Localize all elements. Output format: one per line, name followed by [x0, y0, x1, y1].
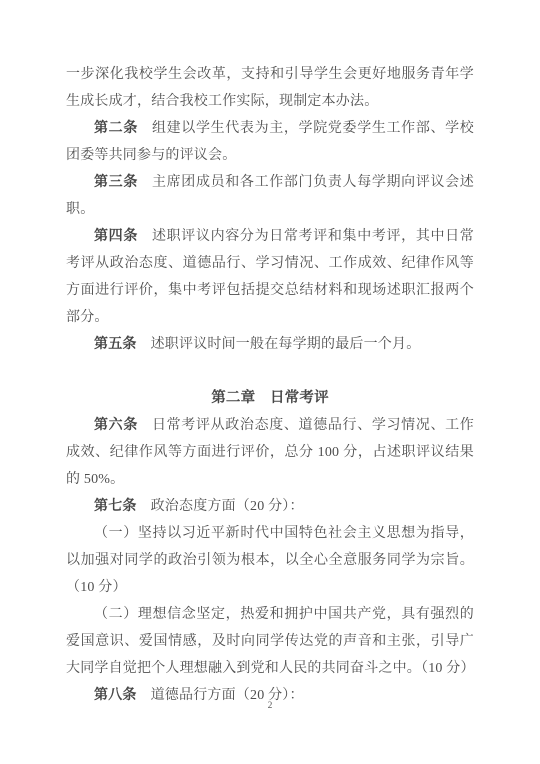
- article-number-label: 第二条: [94, 121, 138, 136]
- paragraph: （二）理想信念坚定，热爱和拥护中国共产党，具有强烈的爱国意识、爱国情感，及时向同…: [66, 601, 474, 682]
- paragraph-text: 述职评议时间一般在每学期的最后一个月。: [151, 337, 421, 352]
- paragraph: 第六条日常考评从政治态度、道德品行、学习情况、工作成效、纪律作风等方面进行评价，…: [66, 412, 474, 493]
- article-number-label: 第四条: [94, 229, 138, 244]
- article-number-label: 第五条: [94, 337, 137, 352]
- paragraph: 第七条政治态度方面（20 分）：: [66, 493, 474, 520]
- article-number-label: 第六条: [94, 418, 138, 433]
- paragraph-text: 政治态度方面（20 分）：: [151, 499, 304, 514]
- page-number: 2: [0, 701, 540, 711]
- paragraph-text: 一步深化我校学生会改革，支持和引导学生会更好地服务青年学生成长成才，结合我校工作…: [66, 67, 474, 109]
- paragraph-text: 第二章 日常考评: [211, 390, 329, 406]
- paragraph: 第二条组建以学生代表为主，学院党委学生工作部、学校团委等共同参与的评议会。: [66, 115, 474, 169]
- paragraph: 第三条主席团成员和各工作部门负责人每学期向评议会述职。: [66, 169, 474, 223]
- paragraph: 一步深化我校学生会改革，支持和引导学生会更好地服务青年学生成长成才，结合我校工作…: [66, 61, 474, 115]
- article-number-label: 第七条: [94, 499, 137, 514]
- paragraph-text: （一）坚持以习近平新时代中国特色社会主义思想为指导，以加强对同学的政治引领为根本…: [66, 526, 474, 595]
- document-content: 一步深化我校学生会改革，支持和引导学生会更好地服务青年学生成长成才，结合我校工作…: [66, 61, 474, 709]
- chapter-heading: 第二章 日常考评: [66, 385, 474, 412]
- paragraph: 第五条述职评议时间一般在每学期的最后一个月。: [66, 331, 474, 358]
- paragraph: （一）坚持以习近平新时代中国特色社会主义思想为指导，以加强对同学的政治引领为根本…: [66, 520, 474, 601]
- paragraph-text: （二）理想信念坚定，热爱和拥护中国共产党，具有强烈的爱国意识、爱国情感，及时向同…: [66, 607, 475, 676]
- article-number-label: 第三条: [94, 175, 138, 190]
- document-page: 一步深化我校学生会改革，支持和引导学生会更好地服务青年学生成长成才，结合我校工作…: [0, 0, 540, 764]
- paragraph: 第四条述职评议内容分为日常考评和集中考评，其中日常考评从政治态度、道德品行、学习…: [66, 223, 474, 331]
